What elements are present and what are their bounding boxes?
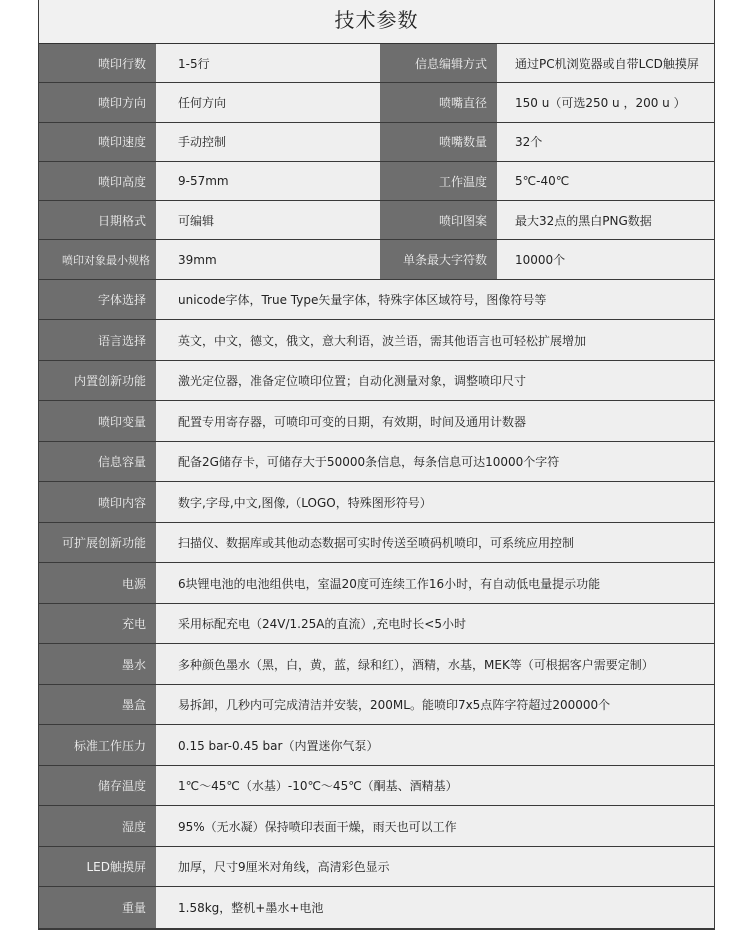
spec-value: 多种颜色墨水（黑，白，黄，蓝，绿和红），酒精，水基，MEK等（可根据客户需要定制… [156,644,714,684]
spec-value: 0.15 bar-0.45 bar（内置迷你气泵） [156,725,714,765]
spec-value: 手动控制 [156,123,380,161]
table-row: 可扩展创新功能 扫描仪、数据库或其他动态数据可实时传送至喷码机喷印，可系统应用控… [39,523,714,564]
table-row: 储存温度 1℃～45℃（水基）-10℃～45℃（酮基、酒精基） [39,766,714,807]
spec-label: 喷嘴直径 [380,83,497,121]
spec-label: 喷印变量 [39,401,156,441]
table-row: 内置创新功能 激光定位器，准备定位喷印位置；自动化测量对象，调整喷印尺寸 [39,361,714,402]
spec-label: 喷印速度 [39,123,156,161]
spec-label: 墨水 [39,644,156,684]
spec-label: 信息容量 [39,442,156,482]
spec-label: 语言选择 [39,320,156,360]
spec-value: 加厚，尺寸9厘米对角线，高清彩色显示 [156,847,714,887]
spec-label: LED触摸屏 [39,847,156,887]
spec-value: 配置专用寄存器，可喷印可变的日期，有效期，时间及通用计数器 [156,401,714,441]
spec-value: 通过PC机浏览器或自带LCD触摸屏 [497,44,714,82]
table-row: 字体选择 unicode字体，True Type矢量字体，特殊字体区域符号，图像… [39,280,714,321]
spec-value: 配备2G储存卡，可储存大于50000条信息，每条信息可达10000个字符 [156,442,714,482]
spec-value: 任何方向 [156,83,380,121]
table-row: 喷印高度 9-57mm 工作温度 5℃-40℃ [39,162,714,201]
spec-label: 内置创新功能 [39,361,156,401]
spec-value: 32个 [497,123,714,161]
spec-label: 字体选择 [39,280,156,320]
spec-value: 9-57mm [156,162,380,200]
table-row: 喷印变量 配置专用寄存器，可喷印可变的日期，有效期，时间及通用计数器 [39,401,714,442]
spec-label: 湿度 [39,806,156,846]
spec-value: unicode字体，True Type矢量字体，特殊字体区域符号，图像符号等 [156,280,714,320]
spec-label: 可扩展创新功能 [39,523,156,563]
spec-value: 英文，中文，德文，俄文，意大利语，波兰语，需其他语言也可轻松扩展增加 [156,320,714,360]
spec-value: 150 u（可选250 u ，200 u ） [497,83,714,121]
spec-value: 易拆卸，几秒内可完成清洁并安装，200ML。能喷印7x5点阵字符超过200000… [156,685,714,725]
table-row: 充电 采用标配充电（24V/1.25A的直流）,充电时长<5小时 [39,604,714,645]
spec-label: 充电 [39,604,156,644]
spec-value: 采用标配充电（24V/1.25A的直流）,充电时长<5小时 [156,604,714,644]
table-row: 喷印对象最小规格 39mm 单条最大字符数 10000个 [39,240,714,279]
spec-value: 扫描仪、数据库或其他动态数据可实时传送至喷码机喷印，可系统应用控制 [156,523,714,563]
spec-value: 最大32点的黑白PNG数据 [497,201,714,239]
spec-label: 日期格式 [39,201,156,239]
spec-label: 喷印高度 [39,162,156,200]
spec-value: 数字,字母,中文,图像,（LOGO，特殊图形符号） [156,482,714,522]
spec-value: 1-5行 [156,44,380,82]
table-row: 电源 6块锂电池的电池组供电，室温20度可连续工作16小时，有自动低电量提示功能 [39,563,714,604]
table-row: 喷印行数 1-5行 信息编辑方式 通过PC机浏览器或自带LCD触摸屏 [39,44,714,83]
spec-value: 39mm [156,240,380,278]
table-row: 标准工作压力 0.15 bar-0.45 bar（内置迷你气泵） [39,725,714,766]
table-row: 日期格式 可编辑 喷印图案 最大32点的黑白PNG数据 [39,201,714,240]
spec-value: 95%（无水凝）保持喷印表面干燥，雨天也可以工作 [156,806,714,846]
spec-label: 喷印图案 [380,201,497,239]
spec-label: 喷嘴数量 [380,123,497,161]
spec-label: 单条最大字符数 [380,240,497,278]
spec-value: 1℃～45℃（水基）-10℃～45℃（酮基、酒精基） [156,766,714,806]
spec-label: 标准工作压力 [39,725,156,765]
table-row: 重量 1.58kg，整机+墨水+电池 [39,887,714,928]
spec-value: 1.58kg，整机+墨水+电池 [156,887,714,928]
spec-label: 电源 [39,563,156,603]
table-row: 语言选择 英文，中文，德文，俄文，意大利语，波兰语，需其他语言也可轻松扩展增加 [39,320,714,361]
table-row: 湿度 95%（无水凝）保持喷印表面干燥，雨天也可以工作 [39,806,714,847]
spec-label: 工作温度 [380,162,497,200]
table-row: 喷印速度 手动控制 喷嘴数量 32个 [39,123,714,162]
table-row: 墨水 多种颜色墨水（黑，白，黄，蓝，绿和红），酒精，水基，MEK等（可根据客户需… [39,644,714,685]
spec-table: 技术参数 喷印行数 1-5行 信息编辑方式 通过PC机浏览器或自带LCD触摸屏 … [38,0,715,930]
spec-label: 储存温度 [39,766,156,806]
table-row: 喷印内容 数字,字母,中文,图像,（LOGO，特殊图形符号） [39,482,714,523]
table-row: 喷印方向 任何方向 喷嘴直径 150 u（可选250 u ，200 u ） [39,83,714,122]
spec-label: 墨盒 [39,685,156,725]
spec-label: 喷印对象最小规格 [39,240,156,278]
spec-label: 喷印行数 [39,44,156,82]
spec-value: 5℃-40℃ [497,162,714,200]
spec-label: 喷印方向 [39,83,156,121]
spec-value: 10000个 [497,240,714,278]
table-row: LED触摸屏 加厚，尺寸9厘米对角线，高清彩色显示 [39,847,714,888]
table-row: 信息容量 配备2G储存卡，可储存大于50000条信息，每条信息可达10000个字… [39,442,714,483]
table-title: 技术参数 [39,0,714,44]
spec-value: 可编辑 [156,201,380,239]
spec-label: 信息编辑方式 [380,44,497,82]
spec-label: 重量 [39,887,156,928]
spec-label: 喷印内容 [39,482,156,522]
table-row: 墨盒 易拆卸，几秒内可完成清洁并安装，200ML。能喷印7x5点阵字符超过200… [39,685,714,726]
spec-value: 6块锂电池的电池组供电，室温20度可连续工作16小时，有自动低电量提示功能 [156,563,714,603]
spec-value: 激光定位器，准备定位喷印位置；自动化测量对象，调整喷印尺寸 [156,361,714,401]
